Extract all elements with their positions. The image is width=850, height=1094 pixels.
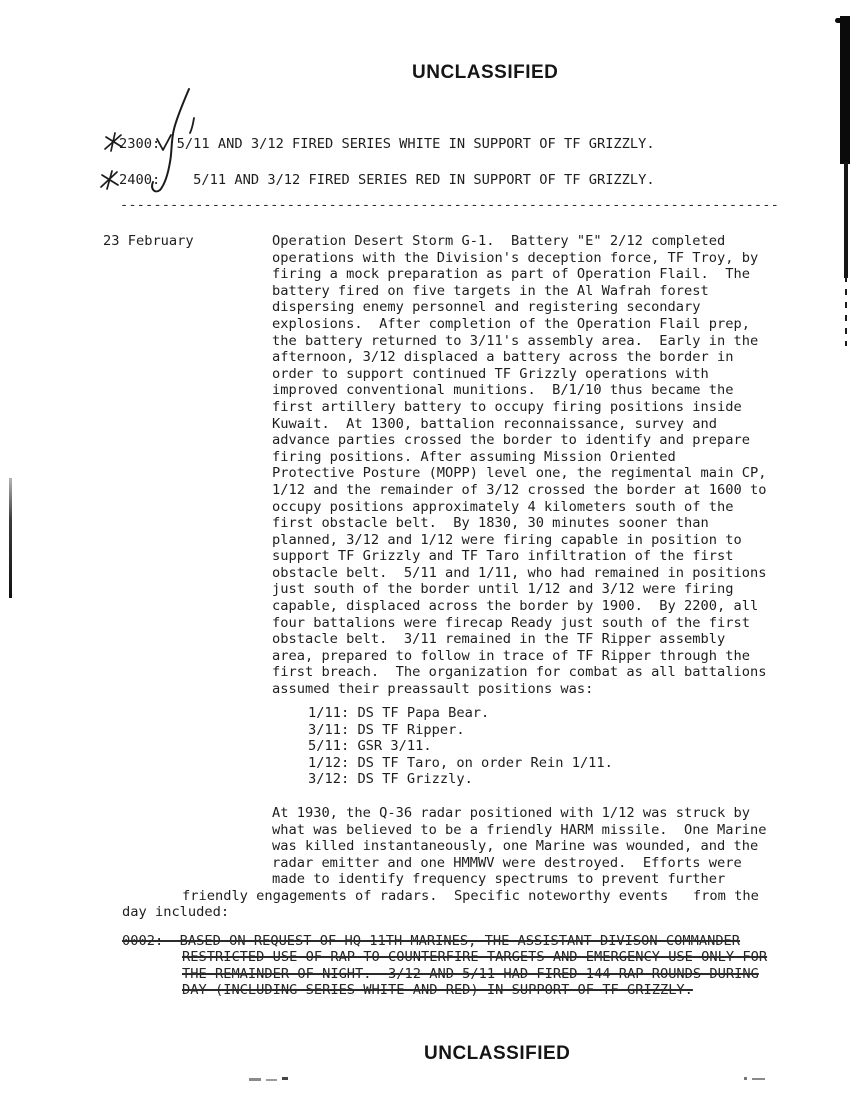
text-line: first breach. The organization for comba… [272,664,766,681]
text-line: 3/12: DS TF Grizzly. [308,771,613,788]
task-organization-list: 1/11: DS TF Papa Bear.3/11: DS TF Ripper… [308,705,613,788]
text-line: area, prepared to follow in trace of TF … [272,648,766,665]
footer-classification: UNCLASSIFIED [424,1043,570,1065]
entry-date: 23 February [103,233,194,250]
text-line: Kuwait. At 1300, battalion reconnaissanc… [272,416,766,433]
text-line: assumed their preassault positions was: [272,681,766,698]
text-line: DAY (INCLUDING SERIES WHITE AND RED) IN … [182,982,767,998]
text-line: was killed instantaneously, one Marine w… [272,838,766,855]
entry-paragraph-2-closing-line: day included: [122,904,229,921]
text-line: 5/11: GSR 3/11. [308,738,613,755]
text-line: occupy positions approximately 4 kilomet… [272,499,766,516]
text-line: firing positions. After assuming Mission… [272,449,766,466]
scan-artifact-right-bar [840,16,850,164]
entry-paragraph-2: At 1930, the Q-36 radar positioned with … [272,805,766,888]
text-line: order to support continued TF Grizzly op… [272,366,766,383]
struck-through-entry-0002: 0002:- BASED ON REQUEST OF HQ 11TH MARIN… [122,933,767,998]
text-line: 1/12: DS TF Taro, on order Rein 1/11. [308,755,613,772]
text-line: 3/11: DS TF Ripper. [308,722,613,739]
text-line: obstacle belt. 3/11 remained in the TF R… [272,631,766,648]
text-line: RESTRICTED USE OF RAP TO COUNTERFIRE TAR… [182,949,767,965]
text-line: radar emitter and one HMMWV were destroy… [272,855,766,872]
text-line: what was believed to be a friendly HARM … [272,822,766,839]
scanned-document-page: UNCLASSIFIED 2300: 5/11 AND 3/12 FIRED S… [0,0,850,1094]
text-line: firing a mock preparation as part of Ope… [272,266,766,283]
text-line: advance parties crossed the border to id… [272,432,766,449]
text-line: the battery returned to 3/11's assembly … [272,333,766,350]
text-line: just south of the border until 1/12 and … [272,581,766,598]
scan-artifact-right-dashes [845,276,847,346]
text-line: support TF Grizzly and TF Taro infiltrat… [272,548,766,565]
text-line: improved conventional munitions. B/1/10 … [272,382,766,399]
scan-artifact-right-bar-hook [835,18,842,23]
text-line: planned, 3/12 and 1/12 were firing capab… [272,532,766,549]
text-line: made to identify frequency spectrums to … [272,871,766,888]
text-line: explosions. After completion of the Oper… [272,316,766,333]
text-line: Protective Posture (MOPP) level one, the… [272,465,766,482]
text-line: 1/11: DS TF Papa Bear. [308,705,613,722]
text-line: 0002:- BASED ON REQUEST OF HQ 11TH MARIN… [122,933,767,949]
text-line: four battalions were firecap Ready just … [272,615,766,632]
text-line: first artillery battery to occupy firing… [272,399,766,416]
handwritten-asterisk-2 [101,171,118,189]
text-line: capable, displaced across the border by … [272,598,766,615]
scan-smudge [752,1078,765,1080]
text-line: At 1930, the Q-36 radar positioned with … [272,805,766,822]
text-line: battery fired on five targets in the Al … [272,283,766,300]
handwritten-tick [190,118,194,133]
text-line: operations with the Division's deception… [272,250,766,267]
text-line: THE REMAINDER OF NIGHT. 3/12 AND 5/11 HA… [182,966,767,982]
entry-paragraph-2-hanging-line: friendly engagements of radars. Specific… [182,888,759,905]
text-line: afternoon, 3/12 displaced a battery acro… [272,349,766,366]
text-line: dispersing enemy personnel and registeri… [272,299,766,316]
scan-smudge [266,1079,277,1081]
scan-smudge [249,1078,261,1081]
scan-smudge [744,1077,747,1080]
text-line: obstacle belt. 5/11 and 1/11, who had re… [272,565,766,582]
text-line: 1/12 and the remainder of 3/12 crossed t… [272,482,766,499]
scan-smudge [282,1077,288,1080]
scan-artifact-right-line [844,162,848,278]
text-line: Operation Desert Storm G-1. Battery "E" … [272,233,766,250]
scan-artifact-left-line [9,478,12,598]
text-line: first obstacle belt. By 1830, 30 minutes… [272,515,766,532]
entry-paragraph-1: Operation Desert Storm G-1. Battery "E" … [272,233,766,698]
dashed-separator: ----------------------------------------… [120,197,779,214]
header-classification: UNCLASSIFIED [412,62,558,84]
log-entry-2300: 2300: 5/11 AND 3/12 FIRED SERIES WHITE I… [119,136,655,153]
log-entry-2400: 2400: 5/11 AND 3/12 FIRED SERIES RED IN … [119,172,655,189]
